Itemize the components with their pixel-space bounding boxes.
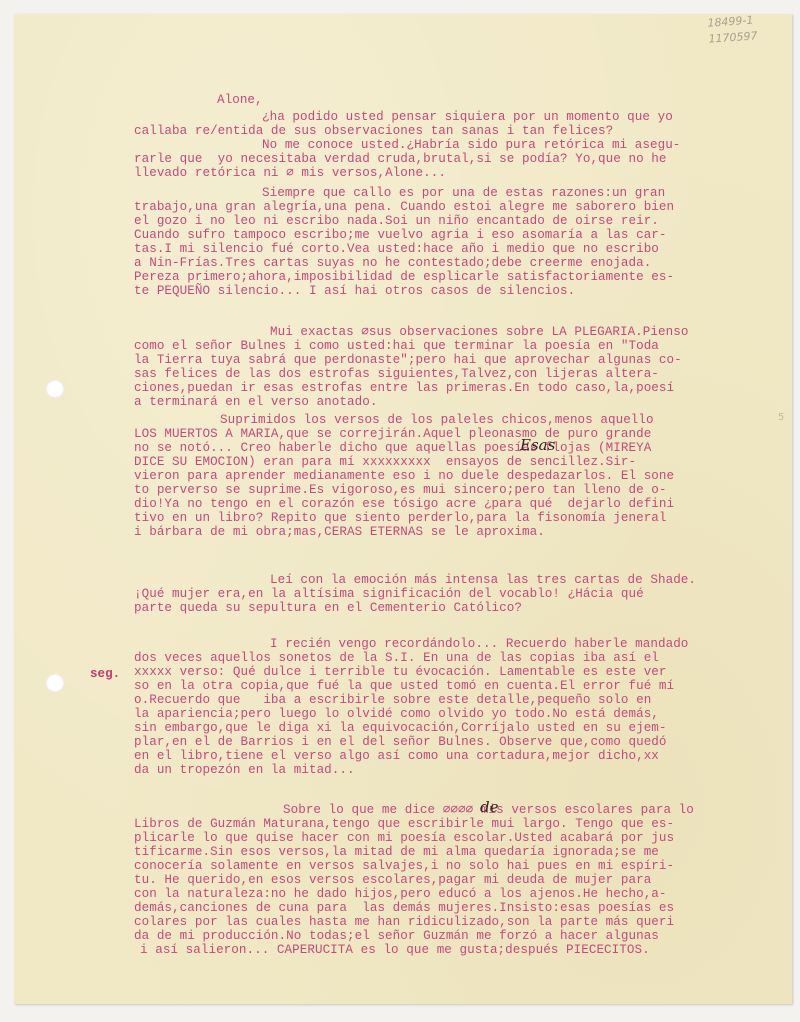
punch-hole-bottom — [46, 674, 64, 692]
letter-line: i bárbara de mi obra;mas,CERAS ETERNAS s… — [134, 525, 545, 539]
letter-line: demás,canciones de cuna para las demás m… — [134, 901, 674, 915]
letter-line: sin embargo,que le diga xi la equivocaci… — [134, 721, 667, 735]
letter-line: llevado retórica ni ∅ mis versos,Alone..… — [134, 166, 446, 180]
handwritten-correction-de: de — [480, 798, 498, 816]
handwritten-correction-esas: Esas — [520, 436, 555, 454]
letter-line: xxxxx verso: Qué dulce i terrible tu évo… — [134, 665, 667, 679]
letter-line: en el libro,tiene el verso algo así como… — [134, 749, 659, 763]
letter-line: Siempre que callo es por una de estas ra… — [262, 186, 665, 200]
letter-line: la Tierra tuya sabrá que perdonaste";per… — [134, 353, 682, 367]
letter-line: sas felices de las dos estrofas siguient… — [134, 367, 659, 381]
letter-line: tivo en un libro? Repito que siento perd… — [134, 511, 667, 525]
letter-line: da un tropezón en la mitad... — [134, 763, 355, 777]
letter-line: tu. He querido,en esos versos escolares,… — [134, 873, 651, 887]
letter-line: vieron para aprender medianamente eso i … — [134, 469, 674, 483]
letter-line: plicarle lo que quise hacer con mi poesí… — [134, 831, 674, 845]
letter-line: I recién vengo recordándolo... Recuerdo … — [270, 637, 688, 651]
letter-line: conocería solamente en versos salvajes,i… — [134, 859, 674, 873]
letter-line: la apariencia;pero luego lo olvidé como … — [134, 707, 659, 721]
letter-line: i así salieron... CAPERUCITA es lo que m… — [140, 943, 650, 957]
letter-line: Mui exactas ∅sus observaciones sobre LA … — [270, 325, 688, 339]
archive-number-2: 1170597 — [708, 28, 758, 47]
letter-line: plar,en el de Barrios i en el del señor … — [134, 735, 667, 749]
letter-line: to perverso se suprime.Es vigoroso,es mu… — [134, 483, 667, 497]
letter-line: a Nin-Frías.Tres cartas suyas no he cont… — [134, 256, 651, 270]
margin-note: seg. — [90, 667, 120, 681]
letter-line: tas.I mi silencio fué corto.Vea usted:ha… — [134, 242, 659, 256]
letter-line: con la naturaleza:no he dado hijos,pero … — [134, 887, 667, 901]
letter-line: ¡Qué mujer era,en la altísima significac… — [134, 587, 644, 601]
letter-line: parte queda su sepultura en el Cementeri… — [134, 601, 522, 615]
letter-line: so en la otra copia,que fué la que usted… — [134, 679, 674, 693]
letter-line: no se notó... Creo haberle dicho que aqu… — [134, 441, 651, 455]
letter-line: como el señor Bulnes i como usted:hai qu… — [134, 339, 659, 353]
salutation: Alone, — [217, 93, 263, 107]
letter-line: callaba re/entida de sus observaciones t… — [134, 124, 613, 138]
letter-line: a terminará en el verso anotado. — [134, 395, 377, 409]
letter-line: Cuando sufro tampoco escribo;me vuelvo a… — [134, 228, 667, 242]
letter-line: o.Recuerdo que iba a escribirle sobre es… — [134, 693, 651, 707]
letter-line: LOS MUERTOS A MARIA,que se correjirán.Aq… — [134, 427, 651, 441]
letter-line: dos veces aquellos sonetos de la S.I. En… — [134, 651, 659, 665]
archive-number: 18499-1 1170597 — [707, 12, 758, 47]
letter-line: dio!Ya no tengo en el corazón ese tósigo… — [134, 497, 674, 511]
letter-line: Leí con la emoción más intensa las tres … — [270, 573, 696, 587]
letter-line: Pereza primero;ahora,imposibilidad de es… — [134, 270, 674, 284]
letter-line: ¿ha podido usted pensar siquiera por un … — [262, 110, 673, 124]
letter-line: Suprimidos los versos de los paleles chi… — [220, 413, 654, 427]
letter-line: No me conoce usted.¿Habría sido pura ret… — [262, 138, 680, 152]
letter-line: colares por las cuales hasta me han ridi… — [134, 915, 674, 929]
letter-line: rarle que yo necesitaba verdad cruda,bru… — [134, 152, 667, 166]
punch-hole-top — [46, 380, 64, 398]
letter-line: trabajo,una gran alegría,una pena. Cuand… — [134, 200, 674, 214]
letter-line: el gozo i no leo ni escribo nada.Soi un … — [134, 214, 659, 228]
letter-line: DICE SU EMOCION) eran para mí xxxxxxxxx … — [134, 455, 636, 469]
letter-line: tificarme.Sin esos versos,la mitad de mi… — [134, 845, 659, 859]
letter-line: te PEQUEÑO silencio... I así hai otros c… — [134, 284, 575, 298]
edge-mark: 5 — [778, 412, 784, 423]
letter-line: da de mi producción.No todas;el señor Gu… — [134, 929, 659, 943]
letter-line: ciones,puedan ir esas estrofas entre las… — [134, 381, 674, 395]
letter-line: Libros de Guzmán Maturana,tengo que escr… — [134, 817, 674, 831]
